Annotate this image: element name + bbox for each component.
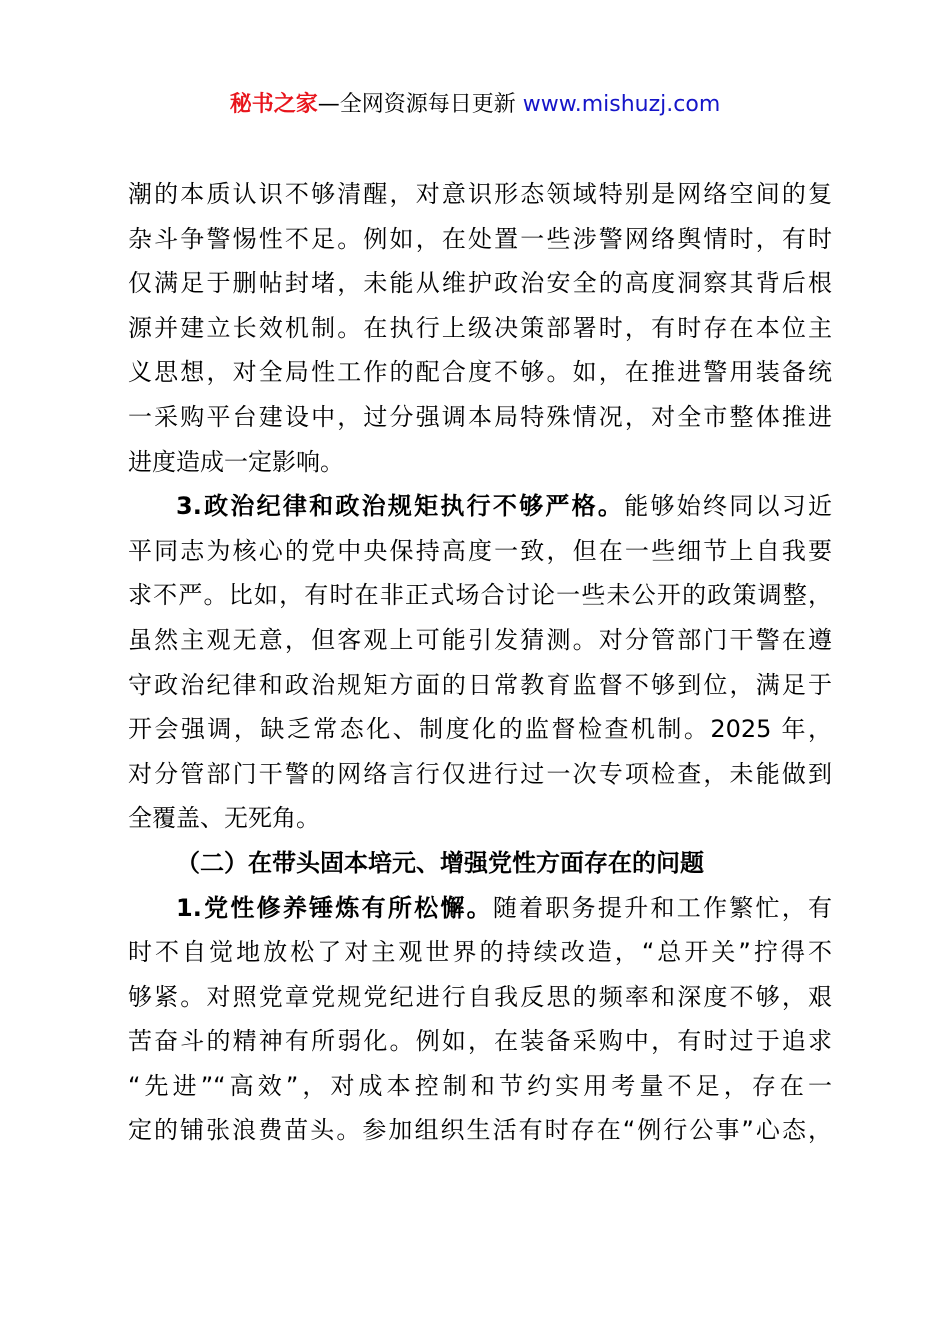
site-link[interactable]: www.mishuzj.com: [523, 92, 720, 117]
item-heading: 3.政治纪律和政治规矩执行不够严格。: [176, 492, 624, 520]
watermark-header: 秘书之家—全网资源每日更新 www.mishuzj.com: [0, 88, 950, 122]
text-line: 定的铺张浪费苗头。参加组织生活有时存在“例行公事”心态，: [128, 1108, 832, 1153]
text-line: 1.党性修养锤炼有所松懈。随着职务提升和工作繁忙，有: [128, 886, 832, 931]
text-line: 守政治纪律和政治规矩方面的日常教育监督不够到位，满足于: [128, 663, 832, 708]
text-line: 仅满足于删帖封堵，未能从维护政治安全的高度洞察其背后根: [128, 261, 832, 306]
text-line: 3.政治纪律和政治规矩执行不够严格。能够始终同以习近: [128, 484, 832, 529]
paragraph-party-spirit: 1.党性修养锤炼有所松懈。随着职务提升和工作繁忙，有 时不自觉地放松了对主观世界…: [128, 886, 832, 1154]
text-line: 开会强调，缺乏常态化、制度化的监督检查机制。2025 年，: [128, 707, 832, 752]
text-line: 平同志为核心的党中央保持高度一致，但在一些细节上自我要: [128, 529, 832, 574]
text-line: 义思想，对全局性工作的配合度不够。如，在推进警用装备统: [128, 350, 832, 395]
paragraph-political-awareness: 潮的本质认识不够清醒，对意识形态领域特别是网络空间的复 杂斗争警惕性不足。例如，…: [128, 172, 832, 484]
document-body: 潮的本质认识不够清醒，对意识形态领域特别是网络空间的复 杂斗争警惕性不足。例如，…: [128, 172, 832, 1153]
text-line: 源并建立长效机制。在执行上级决策部署时，有时存在本位主: [128, 306, 832, 351]
paragraph-discipline: 3.政治纪律和政治规矩执行不够严格。能够始终同以习近 平同志为核心的党中央保持高…: [128, 484, 832, 841]
text-line: 一采购平台建设中，过分强调本局特殊情况，对全市整体推进: [128, 395, 832, 440]
text-line: 时不自觉地放松了对主观世界的持续改造，“总开关”拧得不: [128, 930, 832, 975]
text-line: 虽然主观无意，但客观上可能引发猜测。对分管部门干警在遵: [128, 618, 832, 663]
text-line: “先进”“高效”，对成本控制和节约实用考量不足，存在一: [128, 1064, 832, 1109]
item-heading: 1.党性修养锤炼有所松懈。: [176, 894, 493, 922]
text-line: 杂斗争警惕性不足。例如，在处置一些涉警网络舆情时，有时: [128, 217, 832, 262]
text-line: 潮的本质认识不够清醒，对意识形态领域特别是网络空间的复: [128, 172, 832, 217]
text-line: 苦奋斗的精神有所弱化。例如，在装备采购中，有时过于追求: [128, 1019, 832, 1064]
text-line: 对分管部门干警的网络言行仅进行过一次专项检查，未能做到: [128, 752, 832, 797]
text-line: 求不严。比如，有时在非正式场合讨论一些未公开的政策调整，: [128, 573, 832, 618]
text-line: 进度造成一定影响。: [128, 440, 832, 485]
section-heading: （二）在带头固本培元、增强党性方面存在的问题: [128, 841, 832, 886]
text-line: 够紧。对照党章党规党纪进行自我反思的频率和深度不够，艰: [128, 975, 832, 1020]
brand-name: 秘书之家: [230, 92, 318, 117]
text-line: 全覆盖、无死角。: [128, 796, 832, 841]
header-tagline: —全网资源每日更新: [318, 92, 523, 117]
